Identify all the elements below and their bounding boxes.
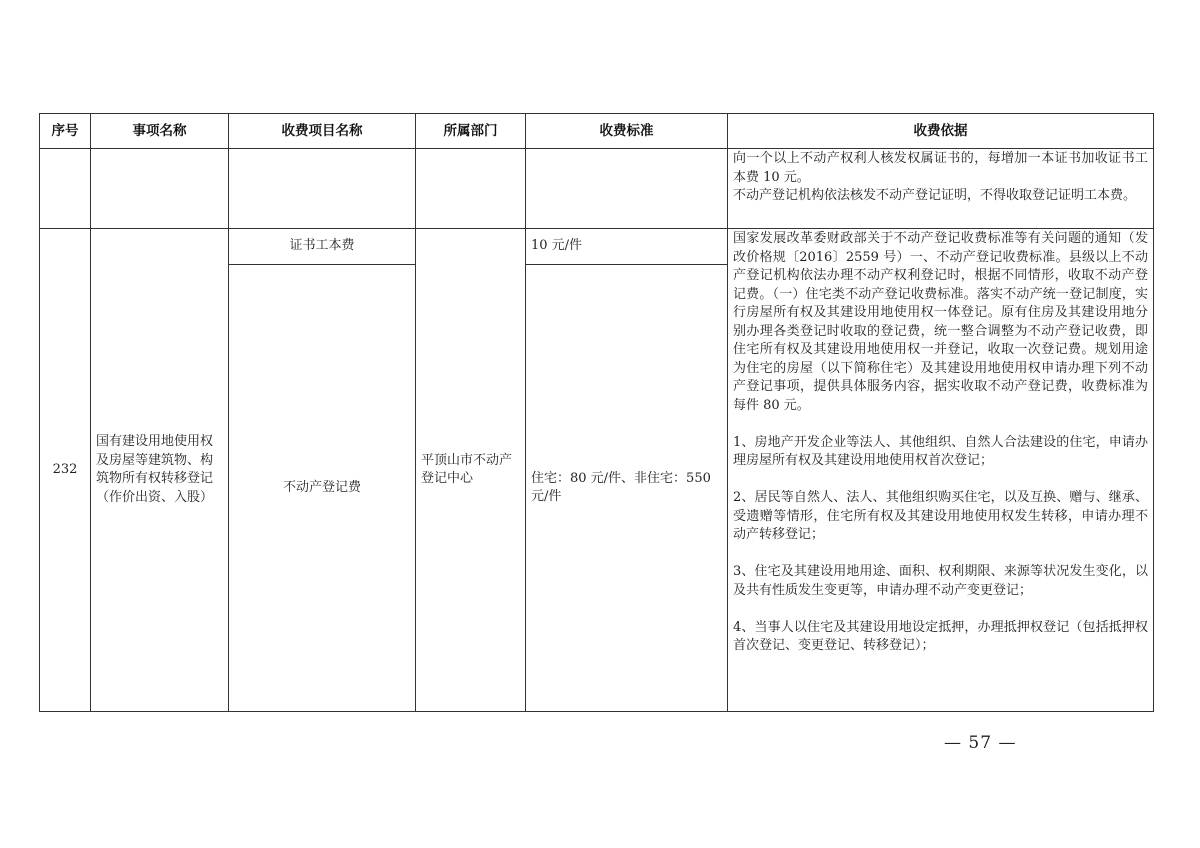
- cell-standard: [526, 149, 728, 229]
- header-item-name: 事项名称: [91, 114, 229, 149]
- basis-paragraph: 1、房地产开发企业等法人、其他组织、自然人合法建设的住宅，申请办理房屋所有权及其…: [733, 434, 1148, 471]
- basis-paragraph: 2、居民等自然人、法人、其他组织购买住宅，以及互换、赠与、继承、受遗赠等情形，住…: [733, 489, 1148, 545]
- page-number: — 57 —: [944, 733, 1016, 753]
- header-index: 序号: [40, 114, 91, 149]
- header-fee-item: 收费项目名称: [229, 114, 416, 149]
- cell-item-name: 国有建设用地使用权及房屋等建筑物、构筑物所有权转移登记（作价出资、入股）: [91, 229, 229, 712]
- document-page: 序号 事项名称 收费项目名称 所属部门 收费标准 收费依据 向一个以上不动产权利…: [0, 0, 1200, 848]
- header-standard: 收费标准: [526, 114, 728, 149]
- header-department: 所属部门: [416, 114, 526, 149]
- cell-department: [416, 149, 526, 229]
- cell-fee-item: 证书工本费: [229, 229, 416, 265]
- cell-basis: 国家发展改革委财政部关于不动产登记收费标准等有关问题的通知（发改价格规〔2016…: [728, 229, 1154, 712]
- cell-index: 232: [40, 229, 91, 712]
- basis-paragraph: 向一个以上不动产权利人核发权属证书的，每增加一本证书加收证书工本费 10 元。: [733, 150, 1148, 187]
- header-basis: 收费依据: [728, 114, 1154, 149]
- table-header-row: 序号 事项名称 收费项目名称 所属部门 收费标准 收费依据: [40, 114, 1154, 149]
- table-row-continued: 向一个以上不动产权利人核发权属证书的，每增加一本证书加收证书工本费 10 元。 …: [40, 149, 1154, 229]
- basis-paragraph: 4、当事人以住宅及其建设用地设定抵押，办理抵押权登记（包括抵押权首次登记、变更登…: [733, 619, 1148, 656]
- cell-fee-item: [229, 149, 416, 229]
- cell-item-name: [91, 149, 229, 229]
- table-row-232-a: 232 国有建设用地使用权及房屋等建筑物、构筑物所有权转移登记（作价出资、入股）…: [40, 229, 1154, 265]
- cell-fee-item: 不动产登记费: [229, 265, 416, 712]
- fee-table: 序号 事项名称 收费项目名称 所属部门 收费标准 收费依据 向一个以上不动产权利…: [39, 113, 1154, 712]
- cell-department: 平顶山市不动产登记中心: [416, 229, 526, 712]
- cell-standard: 住宅：80 元/件、非住宅：550 元/件: [526, 265, 728, 712]
- basis-paragraph: 不动产登记机构依法核发不动产登记证明，不得收取登记证明工本费。: [733, 187, 1148, 206]
- cell-index: [40, 149, 91, 229]
- cell-basis: 向一个以上不动产权利人核发权属证书的，每增加一本证书加收证书工本费 10 元。 …: [728, 149, 1154, 229]
- basis-paragraph: 3、住宅及其建设用地用途、面积、权利期限、来源等状况发生变化，以及共有性质发生变…: [733, 563, 1148, 600]
- basis-paragraph: 国家发展改革委财政部关于不动产登记收费标准等有关问题的通知（发改价格规〔2016…: [733, 230, 1148, 415]
- cell-standard: 10 元/件: [526, 229, 728, 265]
